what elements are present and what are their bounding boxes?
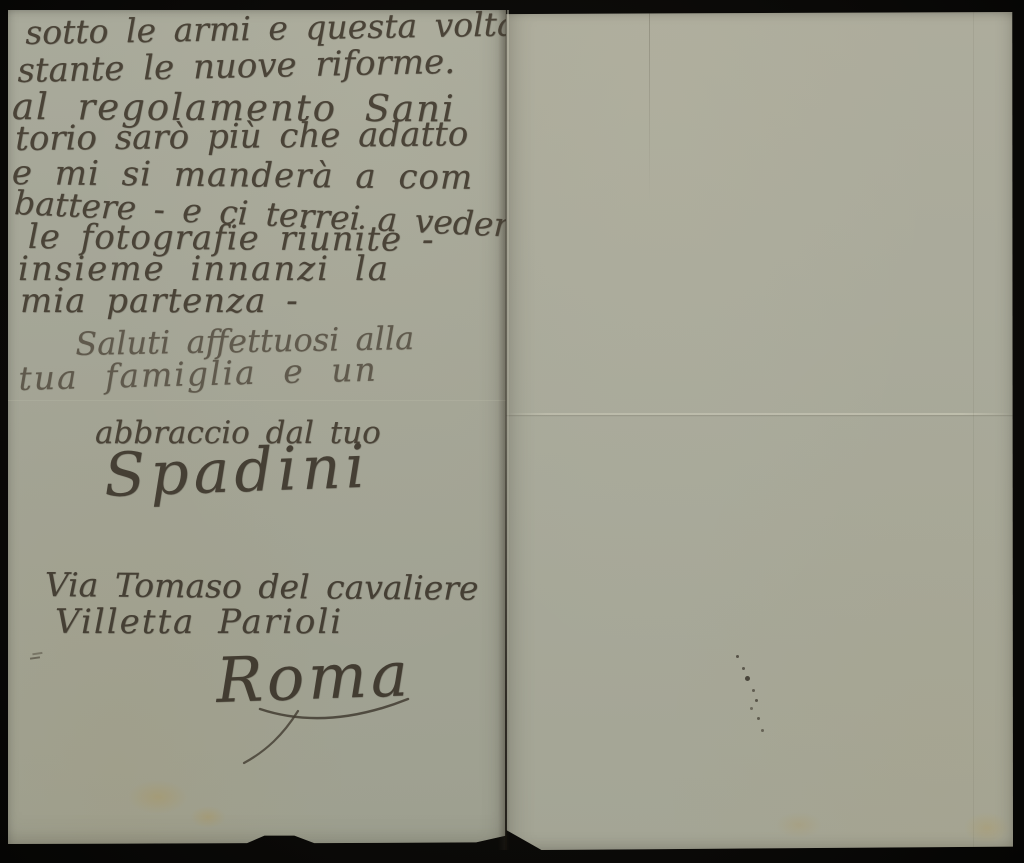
- letter-scan: sotto le armi e questa volta stante le n…: [0, 0, 1024, 863]
- center-fold-highlight: [507, 10, 509, 710]
- flourish-underline: [238, 695, 413, 770]
- horizontal-fold-crease: [8, 400, 506, 401]
- closing-line: tua famiglia e un: [18, 353, 378, 395]
- vertical-crease: [649, 12, 650, 202]
- address-line: Villetta Parioli: [55, 605, 343, 639]
- handwritten-line: stante le nuove riforme.: [17, 45, 455, 88]
- ink-specks: [736, 655, 739, 658]
- letter-page-left: sotto le armi e questa volta stante le n…: [8, 10, 506, 844]
- address-line: Via Tomaso del cavaliere: [45, 568, 479, 605]
- letter-page-right-blank: [506, 12, 1013, 850]
- handwritten-line: mia partenza -: [20, 284, 299, 318]
- vertical-crease: [973, 12, 974, 850]
- paper-stain: [964, 812, 1010, 844]
- paper-stain: [190, 806, 226, 828]
- paper-stain: [128, 780, 188, 814]
- horizontal-fold-crease: [506, 413, 1013, 415]
- signature: Spadini: [103, 437, 371, 506]
- handwritten-line: torio sarò più che adatto: [15, 117, 468, 156]
- stray-ink-mark: [30, 656, 40, 659]
- paper-stain: [776, 812, 822, 838]
